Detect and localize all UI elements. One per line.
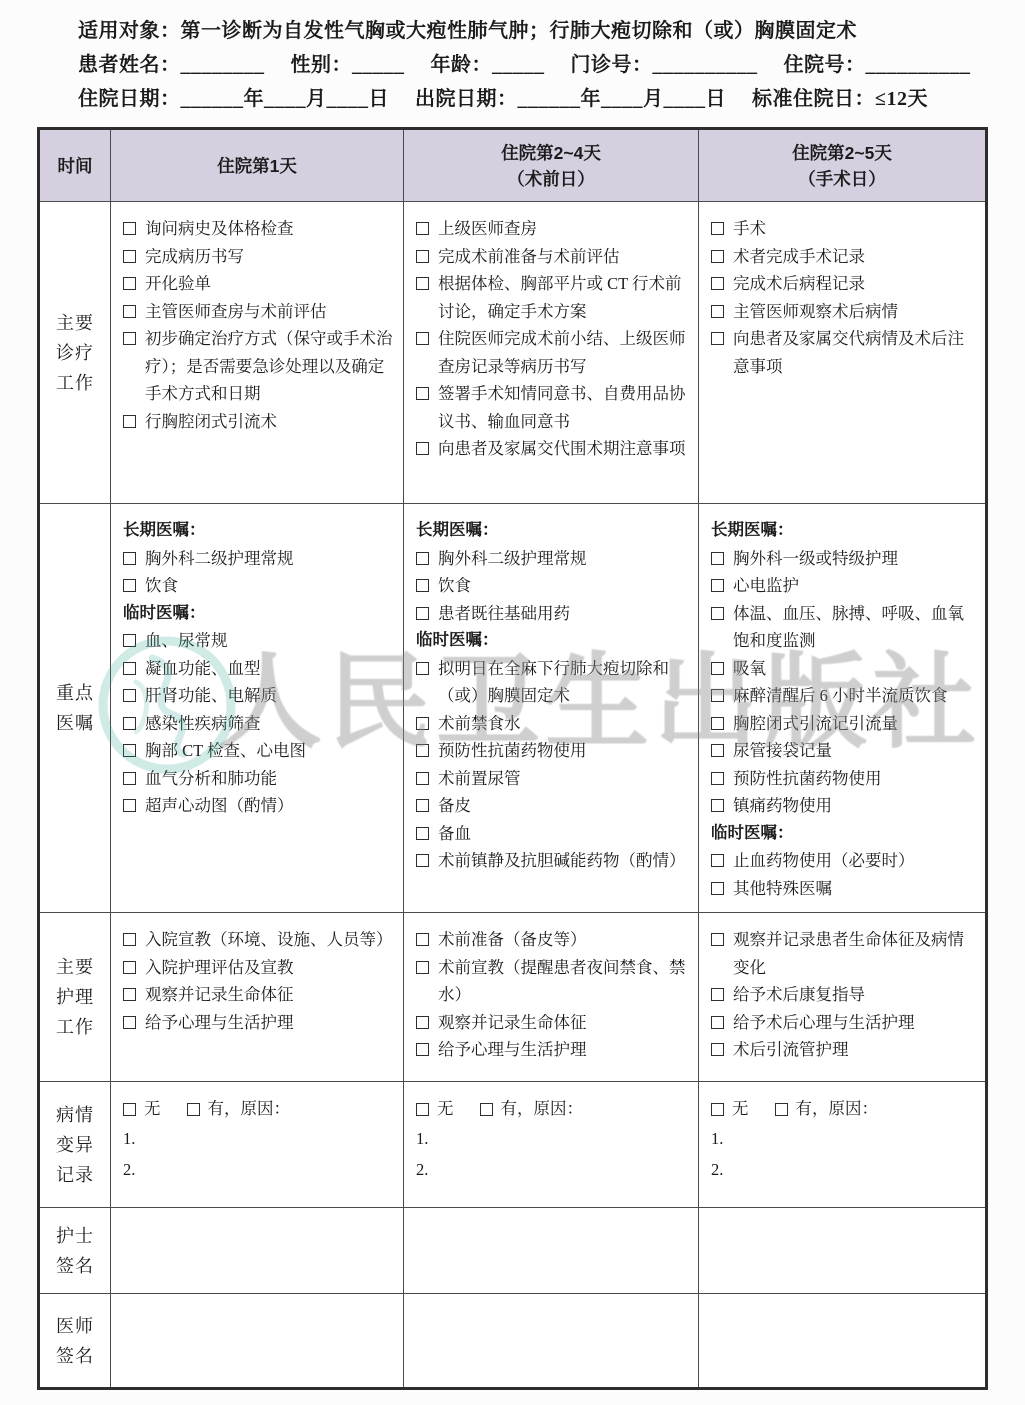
checklist-item-label: 血气分析和肺功能: [145, 765, 397, 793]
table-cell: 长期医嘱：胸外科二级护理常规饮食患者既往基础用药临时医嘱：拟明日在全麻下行肺大疱…: [404, 504, 699, 913]
checklist-item-label: 入院宣教（环境、设施、人员等）: [145, 926, 397, 954]
checklist-item-label: 给予术后心理与生活护理: [733, 1009, 979, 1037]
doctor-signature-cell: [699, 1294, 985, 1387]
checklist-item: 其他特殊医嘱: [711, 875, 979, 903]
checkbox-icon: [416, 717, 429, 730]
checkbox-icon: [123, 799, 136, 812]
checklist-item-label: 镇痛药物使用: [733, 792, 979, 820]
checkbox-icon: [416, 1103, 429, 1116]
checkbox-icon: [711, 1103, 724, 1116]
checkbox-icon: [711, 717, 724, 730]
text-line: 医嘱: [56, 708, 94, 738]
checklist-item-label: 胸外科一级或特级护理: [733, 545, 979, 573]
option-none-label: 无: [144, 1095, 161, 1123]
checklist-item-label: 患者既往基础用药: [438, 600, 692, 628]
checklist-item-label: 拟明日在全麻下行肺大疱切除和（或）胸膜固定术: [438, 655, 692, 710]
text-line: 时间: [58, 153, 93, 179]
checklist-item-label: 术前置尿管: [438, 765, 692, 793]
checklist-item: 术前镇静及抗胆碱能药物（酌情）: [416, 847, 692, 875]
checkbox-icon: [416, 662, 429, 675]
table-cell: 无有，原因：1.2.: [111, 1082, 404, 1208]
checklist-item: 血气分析和肺功能: [123, 765, 397, 793]
checkbox-icon: [416, 222, 429, 235]
checklist-item-label: 主管医师查房与术前评估: [145, 298, 397, 326]
checkbox-icon: [711, 1043, 724, 1056]
checkbox-icon: [711, 579, 724, 592]
checkbox-icon: [416, 772, 429, 785]
checklist-item-label: 初步确定治疗方式（保守或手术治疗）；是否需要急诊处理以及确定手术方式和日期: [145, 325, 397, 408]
checkbox-icon: [775, 1103, 788, 1116]
checkbox-icon: [416, 579, 429, 592]
text-line: 病情: [56, 1100, 94, 1130]
text-line: 住院第2~4天: [501, 140, 601, 166]
row-label-key-orders: 重点医嘱: [40, 504, 111, 913]
col-header-day2-4: 住院第2~4天（术前日）: [404, 130, 699, 202]
checklist-item-label: 体温、血压、脉搏、呼吸、血氧饱和度监测: [733, 600, 979, 655]
checklist-item: 胸外科一级或特级护理: [711, 545, 979, 573]
checklist-item: 凝血功能、血型: [123, 655, 397, 683]
checklist-item-label: 给予心理与生活护理: [438, 1036, 692, 1064]
checkbox-icon: [711, 933, 724, 946]
checkbox-icon: [123, 332, 136, 345]
checklist-item: 术者完成手术记录: [711, 243, 979, 271]
checklist-item-label: 预防性抗菌药物使用: [438, 737, 692, 765]
checkbox-icon: [711, 277, 724, 290]
table-cell: 无有，原因：1.2.: [404, 1082, 699, 1208]
order-category-heading: 临时医嘱：: [711, 820, 979, 848]
option-yes-reason-label: 有，原因：: [796, 1095, 879, 1123]
checklist-item-label: 吸氧: [733, 655, 979, 683]
text-line: 工作: [56, 368, 94, 398]
row-label-nurse-signature: 护士签名: [40, 1208, 111, 1294]
checkbox-icon: [711, 1016, 724, 1029]
checklist-item: 根据体检、胸部平片或 CT 行术前讨论，确定手术方案: [416, 270, 692, 325]
text-line: 护理: [56, 982, 94, 1012]
checklist-item: 拟明日在全麻下行肺大疱切除和（或）胸膜固定术: [416, 655, 692, 710]
checklist-item: 饮食: [123, 572, 397, 600]
checkbox-icon: [123, 305, 136, 318]
text-line: 2.: [416, 1154, 692, 1185]
checklist-item-label: 其他特殊医嘱: [733, 875, 979, 903]
checklist-item: 尿管接袋记量: [711, 737, 979, 765]
checklist-item: 超声心动图（酌情）: [123, 792, 397, 820]
checkbox-icon: [416, 277, 429, 290]
checklist-item-label: 肝肾功能、电解质: [145, 682, 397, 710]
text-line: 2.: [123, 1154, 397, 1185]
checklist-item-label: 胸外科二级护理常规: [438, 545, 692, 573]
row-label-main-treatment: 主要诊疗工作: [40, 202, 111, 504]
checklist-item: 完成术前准备与术前评估: [416, 243, 692, 271]
checklist-item-label: 观察并记录生命体征: [438, 1009, 692, 1037]
text-line: 1.: [711, 1123, 979, 1154]
clinical-pathway-form-page: 适用对象：第一诊断为自发性气胸或大疱性肺气肿；行肺大疱切除和（或）胸膜固定术 患…: [0, 0, 1025, 1405]
order-category-heading: 长期医嘱：: [711, 517, 979, 545]
checkbox-icon: [711, 222, 724, 235]
text-line: （手术日）: [798, 166, 886, 192]
checklist-item: 手术: [711, 215, 979, 243]
checkbox-icon: [123, 222, 136, 235]
col-header-day1: 住院第1天: [111, 130, 404, 202]
checklist-item-label: 止血药物使用（必要时）: [733, 847, 979, 875]
option-none-label: 无: [437, 1095, 454, 1123]
text-line: 1.: [416, 1123, 692, 1154]
doctor-signature-cell: [111, 1294, 404, 1387]
checklist-item-label: 麻醉清醒后 6 小时半流质饮食: [733, 682, 979, 710]
checklist-item: 备血: [416, 820, 692, 848]
checkbox-icon: [123, 988, 136, 1001]
text-line: 1.: [123, 1123, 397, 1154]
checklist-item-label: 术后引流管护理: [733, 1036, 979, 1064]
checkbox-icon: [711, 662, 724, 675]
nurse-signature-cell: [111, 1208, 404, 1294]
variation-options: 无有，原因：: [416, 1095, 692, 1123]
checklist-item: 体温、血压、脉搏、呼吸、血氧饱和度监测: [711, 600, 979, 655]
checkbox-icon: [711, 689, 724, 702]
checklist-item-label: 胸腔闭式引流记引流量: [733, 710, 979, 738]
order-category-heading: 长期医嘱：: [416, 517, 692, 545]
checkbox-icon: [416, 961, 429, 974]
text-line: 主要: [56, 308, 94, 338]
checklist-item: 上级医师查房: [416, 215, 692, 243]
checkbox-icon: [711, 332, 724, 345]
checklist-item: 入院宣教（环境、设施、人员等）: [123, 926, 397, 954]
checkbox-icon: [416, 827, 429, 840]
checkbox-icon: [416, 933, 429, 946]
checklist-item: 完成病历书写: [123, 243, 397, 271]
checklist-item-label: 心电监护: [733, 572, 979, 600]
checklist-item-label: 开化验单: [145, 270, 397, 298]
checkbox-icon: [416, 552, 429, 565]
checklist-item: 饮食: [416, 572, 692, 600]
order-category-heading: 临时医嘱：: [123, 600, 397, 628]
text-line: 2.: [711, 1154, 979, 1185]
checklist-item-label: 询问病史及体格检查: [145, 215, 397, 243]
checkbox-icon: [711, 799, 724, 812]
checklist-item-label: 完成术后病程记录: [733, 270, 979, 298]
checklist-item-label: 住院医师完成术前小结、上级医师查房记录等病历书写: [438, 325, 692, 380]
checklist-item: 胸部 CT 检查、心电图: [123, 737, 397, 765]
doctor-signature-cell: [404, 1294, 699, 1387]
checklist-item: 给予心理与生活护理: [416, 1036, 692, 1064]
checklist-item-label: 入院护理评估及宣教: [145, 954, 397, 982]
option-none-label: 无: [732, 1095, 749, 1123]
checklist-item-label: 签署手术知情同意书、自费用品协议书、输血同意书: [438, 380, 692, 435]
checklist-item-label: 饮食: [438, 572, 692, 600]
table-cell: 上级医师查房完成术前准备与术前评估根据体检、胸部平片或 CT 行术前讨论，确定手…: [404, 202, 699, 504]
text-line: 变异: [56, 1130, 94, 1160]
checklist-item-label: 给予心理与生活护理: [145, 1009, 397, 1037]
checkbox-icon: [123, 1103, 136, 1116]
checkbox-icon: [123, 744, 136, 757]
checklist-item: 术前准备（备皮等）: [416, 926, 692, 954]
nurse-signature-cell: [699, 1208, 985, 1294]
checklist-item: 预防性抗菌药物使用: [711, 765, 979, 793]
checkbox-icon: [123, 277, 136, 290]
checkbox-icon: [416, 744, 429, 757]
checklist-item-label: 血、尿常规: [145, 627, 397, 655]
checkbox-icon: [123, 415, 136, 428]
checkbox-icon: [416, 607, 429, 620]
checklist-item: 向患者及家属交代围术期注意事项: [416, 435, 692, 463]
checklist-item-label: 预防性抗菌药物使用: [733, 765, 979, 793]
form-header: 适用对象：第一诊断为自发性气胸或大疱性肺气肿；行肺大疱切除和（或）胸膜固定术 患…: [78, 14, 978, 116]
checkbox-icon: [711, 854, 724, 867]
checklist-item: 患者既往基础用药: [416, 600, 692, 628]
table-cell: 无有，原因：1.2.: [699, 1082, 985, 1208]
checkbox-icon: [123, 689, 136, 702]
col-header-time: 时间: [40, 130, 111, 202]
checklist-item: 主管医师查房与术前评估: [123, 298, 397, 326]
checkbox-icon: [480, 1103, 493, 1116]
checkbox-icon: [416, 1016, 429, 1029]
checklist-item: 胸外科二级护理常规: [123, 545, 397, 573]
checkbox-icon: [711, 250, 724, 263]
text-line: （术前日）: [507, 166, 595, 192]
table-cell: 入院宣教（环境、设施、人员等）入院护理评估及宣教观察并记录生命体征给予心理与生活…: [111, 913, 404, 1082]
checklist-item: 主管医师观察术后病情: [711, 298, 979, 326]
checkbox-icon: [123, 1016, 136, 1029]
checkbox-icon: [123, 717, 136, 730]
checklist-item: 完成术后病程记录: [711, 270, 979, 298]
checkbox-icon: [416, 442, 429, 455]
checklist-item: 止血药物使用（必要时）: [711, 847, 979, 875]
checkbox-icon: [123, 552, 136, 565]
checkbox-icon: [711, 882, 724, 895]
checkbox-icon: [123, 961, 136, 974]
pathway-table: 时间 住院第1天 住院第2~4天（术前日） 住院第2~5天（手术日） 主要诊疗工…: [37, 127, 988, 1390]
checklist-item: 胸外科二级护理常规: [416, 545, 692, 573]
checklist-item: 备皮: [416, 792, 692, 820]
checklist-item-label: 完成术前准备与术前评估: [438, 243, 692, 271]
checklist-item-label: 上级医师查房: [438, 215, 692, 243]
checklist-item-label: 术前禁食水: [438, 710, 692, 738]
checkbox-icon: [416, 332, 429, 345]
option-yes-reason-label: 有，原因：: [208, 1095, 291, 1123]
checklist-item-label: 术者完成手术记录: [733, 243, 979, 271]
checkbox-icon: [711, 552, 724, 565]
checklist-item-label: 凝血功能、血型: [145, 655, 397, 683]
checklist-item: 感染性疾病筛查: [123, 710, 397, 738]
checklist-item: 术前宣教（提醒患者夜间禁食、禁水）: [416, 954, 692, 1009]
table-cell: 手术术者完成手术记录完成术后病程记录主管医师观察术后病情向患者及家属交代病情及术…: [699, 202, 985, 504]
checklist-item: 向患者及家属交代病情及术后注意事项: [711, 325, 979, 380]
variation-options: 无有，原因：: [711, 1095, 979, 1123]
checklist-item-label: 术前准备（备皮等）: [438, 926, 692, 954]
checklist-item-label: 给予术后康复指导: [733, 981, 979, 1009]
checkbox-icon: [416, 387, 429, 400]
checklist-item: 术后引流管护理: [711, 1036, 979, 1064]
text-line: 诊疗: [56, 338, 94, 368]
checklist-item: 询问病史及体格检查: [123, 215, 397, 243]
checkbox-icon: [187, 1103, 200, 1116]
checklist-item: 胸腔闭式引流记引流量: [711, 710, 979, 738]
checklist-item: 术前禁食水: [416, 710, 692, 738]
checkbox-icon: [711, 607, 724, 620]
checklist-item-label: 饮食: [145, 572, 397, 600]
order-category-heading: 临时医嘱：: [416, 627, 692, 655]
checklist-item-label: 尿管接袋记量: [733, 737, 979, 765]
table-cell: 长期医嘱：胸外科二级护理常规饮食临时医嘱：血、尿常规凝血功能、血型肝肾功能、电解…: [111, 504, 404, 913]
checklist-item: 预防性抗菌药物使用: [416, 737, 692, 765]
checklist-item-label: 根据体检、胸部平片或 CT 行术前讨论，确定手术方案: [438, 270, 692, 325]
checklist-item: 开化验单: [123, 270, 397, 298]
checklist-item-label: 术前镇静及抗胆碱能药物（酌情）: [438, 847, 692, 875]
table-cell: 询问病史及体格检查完成病历书写开化验单主管医师查房与术前评估初步确定治疗方式（保…: [111, 202, 404, 504]
form-dates-line: 住院日期：______年____月____日 出院日期：______年____月…: [78, 82, 978, 116]
checklist-item-label: 完成病历书写: [145, 243, 397, 271]
checklist-item-label: 胸部 CT 检查、心电图: [145, 737, 397, 765]
row-label-main-nursing: 主要护理工作: [40, 913, 111, 1082]
table-cell: 观察并记录患者生命体征及病情变化给予术后康复指导给予术后心理与生活护理术后引流管…: [699, 913, 985, 1082]
checkbox-icon: [711, 988, 724, 1001]
checklist-item-label: 主管医师观察术后病情: [733, 298, 979, 326]
variation-options: 无有，原因：: [123, 1095, 397, 1123]
checklist-item-label: 向患者及家属交代病情及术后注意事项: [733, 325, 979, 380]
checklist-item: 吸氧: [711, 655, 979, 683]
checklist-item: 入院护理评估及宣教: [123, 954, 397, 982]
row-label-doctor-signature: 医师签名: [40, 1294, 111, 1387]
checkbox-icon: [123, 250, 136, 263]
nurse-signature-cell: [404, 1208, 699, 1294]
checklist-item-label: 观察并记录患者生命体征及病情变化: [733, 926, 979, 981]
checklist-item-label: 感染性疾病筛查: [145, 710, 397, 738]
checkbox-icon: [123, 933, 136, 946]
checkbox-icon: [711, 772, 724, 785]
checkbox-icon: [416, 854, 429, 867]
checklist-item-label: 向患者及家属交代围术期注意事项: [438, 435, 692, 463]
checklist-item-label: 备皮: [438, 792, 692, 820]
text-line: 工作: [56, 1012, 94, 1042]
checklist-item-label: 行胸腔闭式引流术: [145, 408, 397, 436]
checklist-item-label: 术前宣教（提醒患者夜间禁食、禁水）: [438, 954, 692, 1009]
row-label-variation-record: 病情变异记录: [40, 1082, 111, 1208]
checklist-item-label: 备血: [438, 820, 692, 848]
checkbox-icon: [416, 250, 429, 263]
checklist-item: 镇痛药物使用: [711, 792, 979, 820]
text-line: 医师: [56, 1311, 94, 1341]
checklist-item-label: 手术: [733, 215, 979, 243]
text-line: 主要: [56, 952, 94, 982]
option-yes-reason-label: 有，原因：: [501, 1095, 584, 1123]
text-line: 重点: [56, 678, 94, 708]
form-applicable-line: 适用对象：第一诊断为自发性气胸或大疱性肺气肿；行肺大疱切除和（或）胸膜固定术: [78, 14, 978, 48]
checklist-item: 观察并记录生命体征: [123, 981, 397, 1009]
checklist-item: 术前置尿管: [416, 765, 692, 793]
checkbox-icon: [123, 579, 136, 592]
checklist-item: 血、尿常规: [123, 627, 397, 655]
checklist-item: 观察并记录生命体征: [416, 1009, 692, 1037]
text-line: 记录: [56, 1160, 94, 1190]
checklist-item: 麻醉清醒后 6 小时半流质饮食: [711, 682, 979, 710]
checkbox-icon: [416, 1043, 429, 1056]
checkbox-icon: [416, 799, 429, 812]
checkbox-icon: [123, 772, 136, 785]
checklist-item-label: 观察并记录生命体征: [145, 981, 397, 1009]
checklist-item: 心电监护: [711, 572, 979, 600]
checklist-item-label: 超声心动图（酌情）: [145, 792, 397, 820]
checkbox-icon: [711, 305, 724, 318]
table-cell: 长期医嘱：胸外科一级或特级护理心电监护体温、血压、脉搏、呼吸、血氧饱和度监测吸氧…: [699, 504, 985, 913]
checkbox-icon: [123, 634, 136, 647]
checklist-item: 给予心理与生活护理: [123, 1009, 397, 1037]
checklist-item: 给予术后康复指导: [711, 981, 979, 1009]
col-header-day2-5: 住院第2~5天（手术日）: [699, 130, 985, 202]
form-patient-info-line: 患者姓名：________ 性别：_____ 年龄：_____ 门诊号：____…: [78, 48, 978, 82]
checkbox-icon: [123, 662, 136, 675]
checklist-item: 给予术后心理与生活护理: [711, 1009, 979, 1037]
text-line: 住院第2~5天: [792, 140, 892, 166]
checklist-item: 初步确定治疗方式（保守或手术治疗）；是否需要急诊处理以及确定手术方式和日期: [123, 325, 397, 408]
checkbox-icon: [711, 744, 724, 757]
checklist-item: 住院医师完成术前小结、上级医师查房记录等病历书写: [416, 325, 692, 380]
order-category-heading: 长期医嘱：: [123, 517, 397, 545]
checklist-item-label: 胸外科二级护理常规: [145, 545, 397, 573]
text-line: 签名: [56, 1251, 94, 1281]
checklist-item: 签署手术知情同意书、自费用品协议书、输血同意书: [416, 380, 692, 435]
text-line: 签名: [56, 1341, 94, 1371]
checklist-item: 观察并记录患者生命体征及病情变化: [711, 926, 979, 981]
text-line: 住院第1天: [217, 153, 297, 179]
table-cell: 术前准备（备皮等）术前宣教（提醒患者夜间禁食、禁水）观察并记录生命体征给予心理与…: [404, 913, 699, 1082]
text-line: 护士: [56, 1221, 94, 1251]
checklist-item: 肝肾功能、电解质: [123, 682, 397, 710]
checklist-item: 行胸腔闭式引流术: [123, 408, 397, 436]
